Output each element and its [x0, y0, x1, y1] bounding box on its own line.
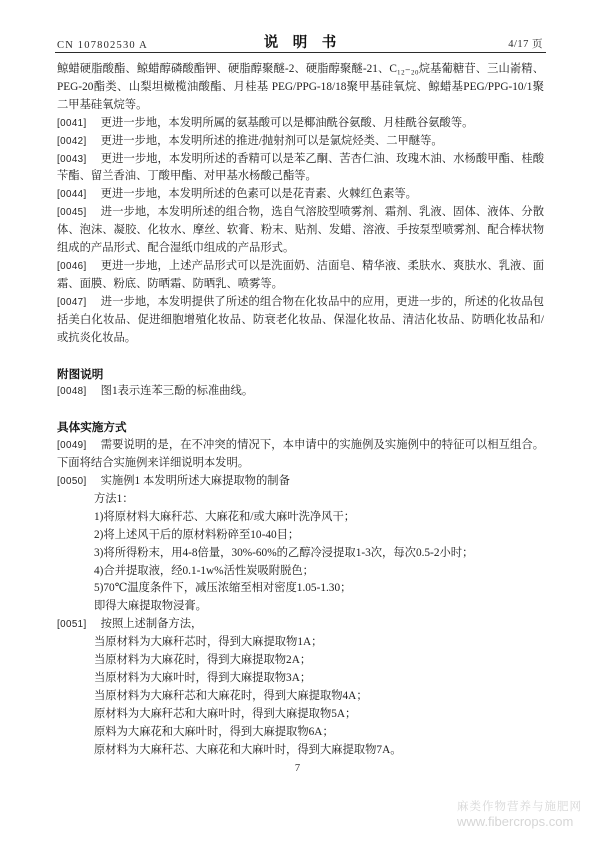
paragraph-number: [0045]: [57, 207, 87, 218]
section-heading: 具体实施方式: [57, 419, 544, 437]
section-heading: 附图说明: [57, 366, 544, 384]
paragraph: [0046]更进一步地，上述产品形式可以是洗面奶、洁面皂、精华液、柔肤水、爽肤水…: [57, 258, 544, 294]
paragraph-text: 更进一步地，本发明所述的色素可以是花青素、火棘红色素等。: [101, 188, 417, 200]
watermark: 麻类作物营养与施肥网 www.fibercrops.com: [457, 801, 582, 829]
paragraph: 鲸蜡硬脂酸酯、鲸蜡醇磷酸酯钾、硬脂醇聚醚-2、硬脂醇聚醚-21、C₁₂₋₂₀烷基…: [57, 61, 544, 115]
paragraph: [0044]更进一步地，本发明所述的色素可以是花青素、火棘红色素等。: [57, 186, 544, 204]
sub-line: 1)将原材料大麻秆芯、大麻花和/或大麻叶洗净风干；: [57, 509, 544, 527]
patent-specification-page: CN 107802530 A 说 明 书 4/17 页 鲸蜡硬脂酸酯、鲸蜡醇磷酸…: [0, 0, 595, 842]
sub-line: 方法1：: [57, 491, 544, 509]
sub-line: 当原材料为大麻花时，得到大麻提取物2A；: [57, 652, 544, 670]
sub-line: 原料为大麻花和大麻叶时，得到大麻提取物6A；: [57, 724, 544, 742]
paragraph: [0045]进一步地，本发明所述的组合物，选自气溶胶型喷雾剂、霜剂、乳液、固体、…: [57, 204, 544, 258]
sub-line: 当原材料为大麻秆芯和大麻花时，得到大麻提取物4A；: [57, 688, 544, 706]
paragraph: [0047]进一步地，本发明提供了所述的组合物在化妆品中的应用，更进一步的，所述…: [57, 294, 544, 348]
header-divider: [55, 52, 546, 53]
sub-line: 2)将上述风干后的原材料粉碎至10-40目；: [57, 527, 544, 545]
paragraph: [0051]按照上述制备方法，: [57, 616, 544, 634]
page-number: 7: [0, 763, 595, 774]
paragraph-number: [0048]: [57, 386, 87, 397]
watermark-site-name: 麻类作物营养与施肥网: [457, 801, 582, 814]
paragraph-number: [0049]: [57, 440, 87, 451]
paragraph-text: 需要说明的是，在不冲突的情况下，本申请中的实施例及实施例中的特征可以相互组合。下…: [57, 439, 544, 469]
paragraph-text: 更进一步地，本发明所述的推进/抛射剂可以是氯烷烃类、二甲醚等。: [101, 135, 443, 147]
document-body: 鲸蜡硬脂酸酯、鲸蜡醇磷酸酯钾、硬脂醇聚醚-2、硬脂醇聚醚-21、C₁₂₋₂₀烷基…: [57, 61, 544, 760]
paragraph-text: 更进一步地，本发明所述的香精可以是苯乙酮、苦杏仁油、玫瑰木油、水杨酸甲酯、桂酸苄…: [57, 153, 544, 183]
page-header: CN 107802530 A 说 明 书 4/17 页: [57, 33, 543, 52]
paragraph-number: [0044]: [57, 189, 87, 200]
paragraph-number: [0046]: [57, 261, 87, 272]
sub-line: 5)70℃温度条件下，减压浓缩至相对密度1.05-1.30；: [57, 580, 544, 598]
paragraph-number: [0051]: [57, 619, 87, 630]
paragraph-number: [0042]: [57, 136, 87, 147]
page-indicator: 4/17 页: [508, 36, 543, 51]
paragraph: [0043]更进一步地，本发明所述的香精可以是苯乙酮、苦杏仁油、玫瑰木油、水杨酸…: [57, 151, 544, 187]
paragraph-text: 实施例1 本发明所述大麻提取物的制备: [101, 475, 290, 487]
paragraph-text: 更进一步地，上述产品形式可以是洗面奶、洁面皂、精华液、柔肤水、爽肤水、乳液、面霜…: [57, 260, 544, 290]
paragraph: [0050]实施例1 本发明所述大麻提取物的制备: [57, 473, 544, 491]
document-title: 说 明 书: [57, 31, 543, 52]
sub-line: 4)合并提取液，经0.1-1w%活性炭吸附脱色；: [57, 563, 544, 581]
watermark-site-url: www.fibercrops.com: [457, 814, 582, 829]
sub-line: 即得大麻提取物浸膏。: [57, 598, 544, 616]
sub-line: 当原材料为大麻叶时，得到大麻提取物3A；: [57, 670, 544, 688]
paragraph-number: [0041]: [57, 118, 87, 129]
paragraph-number: [0050]: [57, 476, 87, 487]
paragraph-number: [0043]: [57, 154, 87, 165]
sub-line: 原材料为大麻秆芯、大麻花和大麻叶时，得到大麻提取物7A。: [57, 742, 544, 760]
paragraph-text: 进一步地，本发明所述的组合物，选自气溶胶型喷雾剂、霜剂、乳液、固体、液体、分散体…: [57, 206, 544, 254]
sub-line: 原材料为大麻秆芯和大麻叶时，得到大麻提取物5A；: [57, 706, 544, 724]
paragraph-text: 图1表示连苯三酚的标准曲线。: [101, 385, 254, 397]
paragraph-text: 按照上述制备方法，: [101, 618, 203, 630]
paragraph: [0048]图1表示连苯三酚的标准曲线。: [57, 383, 544, 401]
paragraph-number: [0047]: [57, 297, 87, 308]
paragraph: [0049]需要说明的是，在不冲突的情况下，本申请中的实施例及实施例中的特征可以…: [57, 437, 544, 473]
paragraph-text: 进一步地，本发明提供了所述的组合物在化妆品中的应用，更进一步的，所述的化妆品包括…: [57, 296, 544, 344]
paragraph: [0042]更进一步地，本发明所述的推进/抛射剂可以是氯烷烃类、二甲醚等。: [57, 133, 544, 151]
paragraph: [0041]更进一步地，本发明所属的氨基酸可以是椰油酰谷氨酸、月桂酰谷氨酸等。: [57, 115, 544, 133]
paragraph-text: 更进一步地，本发明所属的氨基酸可以是椰油酰谷氨酸、月桂酰谷氨酸等。: [101, 117, 474, 129]
sub-line: 3)将所得粉末，用4-8倍量，30%-60%的乙醇冷浸提取1-3次，每次0.5-…: [57, 545, 544, 563]
sub-line: 当原材料为大麻秆芯时，得到大麻提取物1A；: [57, 634, 544, 652]
